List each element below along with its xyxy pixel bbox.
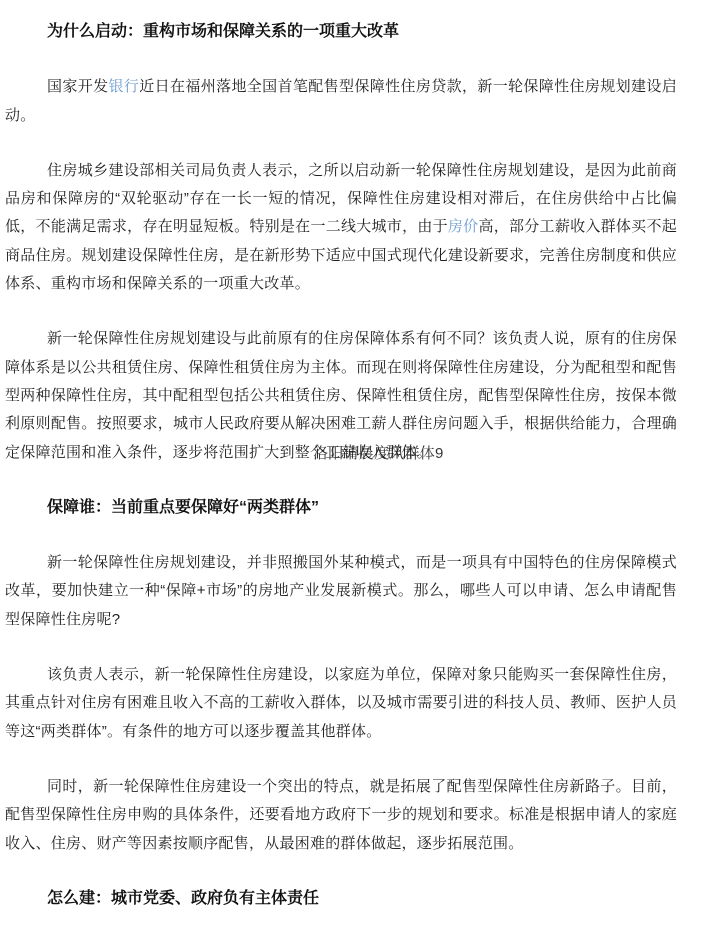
glitch-overlay-text: 洛阳请晨度风群体9 [313, 440, 444, 468]
paragraph-1-text-pre: 国家开发 [47, 78, 108, 95]
article-body: 为什么启动：重构市场和保障关系的一项重大改革 国家开发银行近日在福州落地全国首笔… [0, 0, 719, 913]
paragraph-2: 住房城乡建设部相关司局负责人表示，之所以启动新一轮保障性住房规划建设，是因为此前… [5, 157, 677, 298]
paragraph-1: 国家开发银行近日在福州落地全国首笔配售型保障性住房贷款，新一轮保障性住房规划建设… [5, 73, 677, 130]
link-bank[interactable]: 银行 [108, 78, 139, 95]
paragraph-3: 新一轮保障性住房规划建设与此前原有的住房保障体系有何不同？该负责人说，原有的住房… [5, 325, 677, 466]
paragraph-5: 该负责人表示，新一轮保障性住房建设，以家庭为单位，保障对象只能购买一套保障性住房… [5, 661, 677, 746]
section-heading-why-launch: 为什么启动：重构市场和保障关系的一项重大改革 [5, 18, 677, 46]
section-heading-who-protected: 保障谁：当前重点要保障好“两类群体” [5, 494, 677, 522]
paragraph-4: 新一轮保障性住房规划建设，并非照搬国外某种模式，而是一项具有中国特色的住房保障模… [5, 549, 677, 634]
link-housing-price[interactable]: 房价 [448, 218, 479, 235]
paragraph-6: 同时，新一轮保障性住房建设一个突出的特点，就是拓展了配售型保障性住房新路子。目前… [5, 773, 677, 858]
glitch-overlap-text: 个工薪收入群体。洛阳请晨度风群体9 [310, 439, 432, 467]
section-heading-how-build: 怎么建：城市党委、政府负有主体责任 [5, 885, 677, 913]
